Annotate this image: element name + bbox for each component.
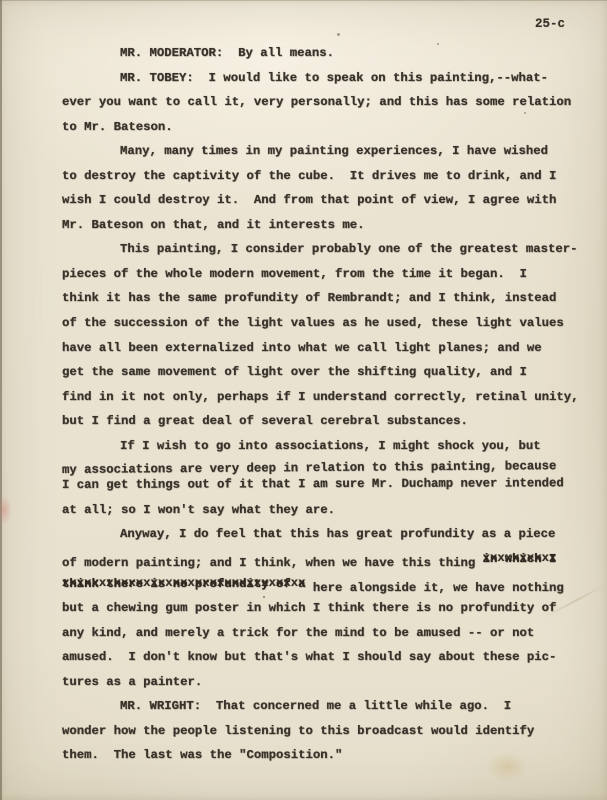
typed-text-segment: find in it not only, perhaps if I unders… <box>62 390 579 404</box>
typed-text-segment: any kind, and merely a trick for the min… <box>62 626 534 640</box>
typed-line: Mr. Bateson on that, and it interests me… <box>62 218 596 243</box>
typed-line: MR. WRIGHT: That concerned me a little w… <box>62 699 596 724</box>
typed-text-segment: to destroy the captivity of the cube. It… <box>62 169 556 183</box>
struck-text: in which I <box>483 552 557 566</box>
typed-line: get the same movement of light over the … <box>62 365 596 390</box>
typed-line: Many, many times in my painting experien… <box>62 144 596 169</box>
typed-text-segment: of the succession of the light values as… <box>62 316 564 330</box>
typed-line: think it has the same profundity of Remb… <box>62 291 596 316</box>
typed-text-segment: Many, many times in my painting experien… <box>120 144 548 158</box>
typed-text-segment: This painting, I consider probably one o… <box>120 242 578 256</box>
typed-text-segment: Mr. Bateson on that, and it interests me… <box>62 218 365 232</box>
typed-line: but a chewing gum poster in which I thin… <box>62 601 596 626</box>
typed-text-segment: but a chewing gum poster in which I thin… <box>62 601 556 615</box>
typed-line: to destroy the captivity of the cube. It… <box>62 169 596 194</box>
paper-speck <box>437 43 439 45</box>
typed-line: of the succession of the light values as… <box>62 316 596 341</box>
typed-line: tures as a painter. <box>62 675 596 700</box>
scan-edge-top <box>0 0 607 1</box>
typed-line: any kind, and merely a trick for the min… <box>62 626 596 651</box>
typed-text-segment: MR. WRIGHT: That concerned me a little w… <box>120 699 511 713</box>
paper-stain <box>486 752 528 782</box>
typed-line: find in it not only, perhaps if I unders… <box>62 390 596 415</box>
typed-line: wish I could destroy it. And from that p… <box>62 193 596 218</box>
typed-line: wonder how the people listening to this … <box>62 724 596 749</box>
typed-text-segment: I can get things out of it that I am sur… <box>62 477 564 493</box>
typed-line: amused. I don't know but that's what I s… <box>62 650 596 675</box>
typed-line: to Mr. Bateson. <box>62 120 596 145</box>
typed-text-segment: If I wish to go into associations, I mig… <box>120 439 541 453</box>
typed-line: MR. TOBEY: I would like to speak on this… <box>62 71 596 96</box>
typed-text-segment: to Mr. Bateson. <box>62 120 173 134</box>
typed-text-segment: them. The last was the "Composition." <box>62 748 342 762</box>
typed-text-segment: of modern painting; and I think, when we… <box>62 556 483 570</box>
typed-text-segment: my associations are very deep in relatio… <box>62 459 557 477</box>
scanned-typescript-page: 25-c MR. MODERATOR: By all means.MR. TOB… <box>0 0 607 800</box>
typed-line: think there is no profundity of a here a… <box>62 577 596 602</box>
paper-speck <box>337 33 340 36</box>
typed-text-segment: here alongside it, we have nothing <box>306 581 564 595</box>
paper-stain-red <box>0 495 12 525</box>
typed-line: pieces of the whole modern movement, fro… <box>62 267 596 292</box>
typed-text-segment: think it has the same profundity of Remb… <box>62 291 556 305</box>
typed-text-segment: at all; so I won't say what they are. <box>62 503 335 517</box>
typed-text-segment: get the same movement of light over the … <box>62 365 527 379</box>
typed-line: ever you want to call it, very personall… <box>62 95 596 120</box>
paper-speck <box>524 112 526 114</box>
typed-line: at all; so I won't say what they are. <box>62 503 596 528</box>
typed-text-segment: but I find a great deal of several cereb… <box>62 414 468 428</box>
typed-text-segment: ever you want to call it, very personall… <box>62 95 571 109</box>
typed-line: I can get things out of it that I am sur… <box>62 476 596 502</box>
typed-text-segment: wish I could destroy it. And from that p… <box>62 193 556 207</box>
typed-line: MR. MODERATOR: By all means. <box>62 46 596 71</box>
typed-text-segment: pieces of the whole modern movement, fro… <box>62 267 527 281</box>
typed-line: Anyway, I do feel that this has great pr… <box>62 527 596 552</box>
paper-speck <box>263 596 265 598</box>
typed-text-segment: MR. MODERATOR: By all means. <box>120 46 334 60</box>
typed-line: but I find a great deal of several cereb… <box>62 414 596 439</box>
typed-text-segment: MR. TOBEY: I would like to speak on this… <box>120 71 548 85</box>
scan-edge-left <box>0 0 2 800</box>
typed-text: MR. MODERATOR: By all means.MR. TOBEY: I… <box>62 46 596 773</box>
page-number: 25-c <box>535 17 565 31</box>
struck-text: think there is no profundity of a <box>62 577 306 591</box>
typed-line: of modern painting; and I think, when we… <box>62 552 596 577</box>
typed-text-segment: tures as a painter. <box>62 675 202 689</box>
typed-line: have all been externalized into what we … <box>62 341 596 366</box>
typed-text-segment: Anyway, I do feel that this has great pr… <box>120 527 555 541</box>
typed-text-segment: have all been externalized into what we … <box>62 341 542 355</box>
typed-line: This painting, I consider probably one o… <box>62 242 596 267</box>
typed-text-segment: amused. I don't know but that's what I s… <box>62 650 556 664</box>
typed-text-segment: wonder how the people listening to this … <box>62 724 534 738</box>
